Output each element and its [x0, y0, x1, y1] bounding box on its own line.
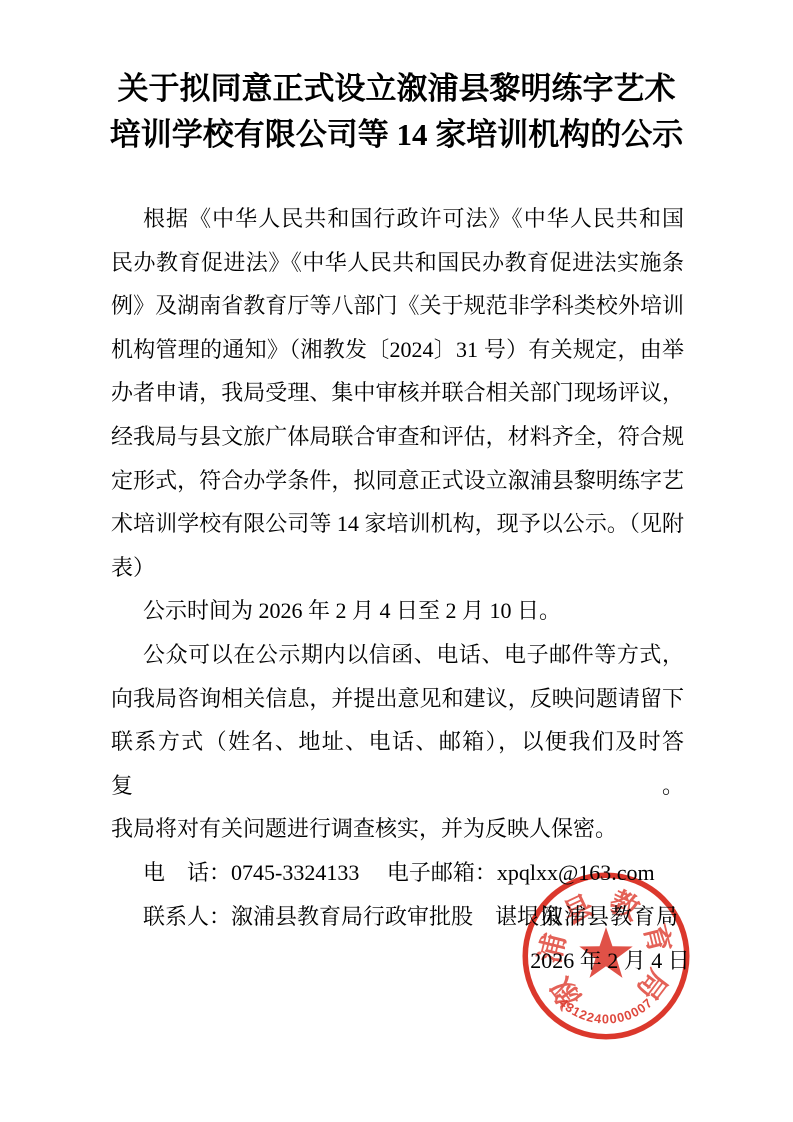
- document-page: 关于拟同意正式设立溆浦县黎明练字艺术 培训学校有限公司等 14 家培训机构的公示…: [0, 0, 793, 1122]
- body-line: 我局将对有关问题进行调查核实，并为反映人保密。: [111, 807, 684, 851]
- body-line: 联系方式（姓名、地址、电话、邮箱），以便我们及时答复。: [111, 720, 684, 807]
- body-line: 办者申请，我局受理、集中审核并联合相关部门现场评议，: [111, 371, 684, 415]
- body-line: 向我局咨询相关信息，并提出意见和建议，反映问题请留下: [111, 677, 684, 721]
- body-line: 例》及湖南省教育厅等八部门《关于规范非学科类校外培训: [111, 284, 684, 328]
- official-seal: 溆浦县教育局 4312240000007: [521, 871, 691, 1041]
- body-line-publicity-period: 公示时间为 2026 年 2 月 4 日至 2 月 10 日。: [111, 589, 684, 633]
- document-body: 根据《中华人民共和国行政许可法》《中华人民共和国 民办教育促进法》《中华人民共和…: [111, 197, 684, 938]
- document-title: 关于拟同意正式设立溆浦县黎明练字艺术 培训学校有限公司等 14 家培训机构的公示: [0, 66, 793, 158]
- body-line: 民办教育促进法》《中华人民共和国民办教育促进法实施条: [111, 241, 684, 285]
- body-line: 公众可以在公示期内以信函、电话、电子邮件等方式，: [111, 633, 684, 677]
- seal-star-icon: [579, 927, 632, 978]
- body-line: 术培训学校有限公司等 14 家培训机构，现予以公示。（见附: [111, 502, 684, 546]
- body-line: 经我局与县文旅广体局联合审查和评估，材料齐全，符合规: [111, 415, 684, 459]
- body-line: 根据《中华人民共和国行政许可法》《中华人民共和国: [111, 197, 684, 241]
- body-line: 定形式，符合办学条件，拟同意正式设立溆浦县黎明练字艺: [111, 459, 684, 503]
- body-line: 表）: [111, 546, 684, 590]
- seal-code: 4312240000007: [556, 995, 656, 1027]
- body-line: 机构管理的通知》（湘教发〔2024〕31 号）有关规定，由举: [111, 328, 684, 372]
- title-line-1: 关于拟同意正式设立溆浦县黎明练字艺术: [0, 66, 793, 112]
- svg-text:4312240000007: 4312240000007: [556, 995, 656, 1027]
- title-line-2: 培训学校有限公司等 14 家培训机构的公示: [0, 112, 793, 158]
